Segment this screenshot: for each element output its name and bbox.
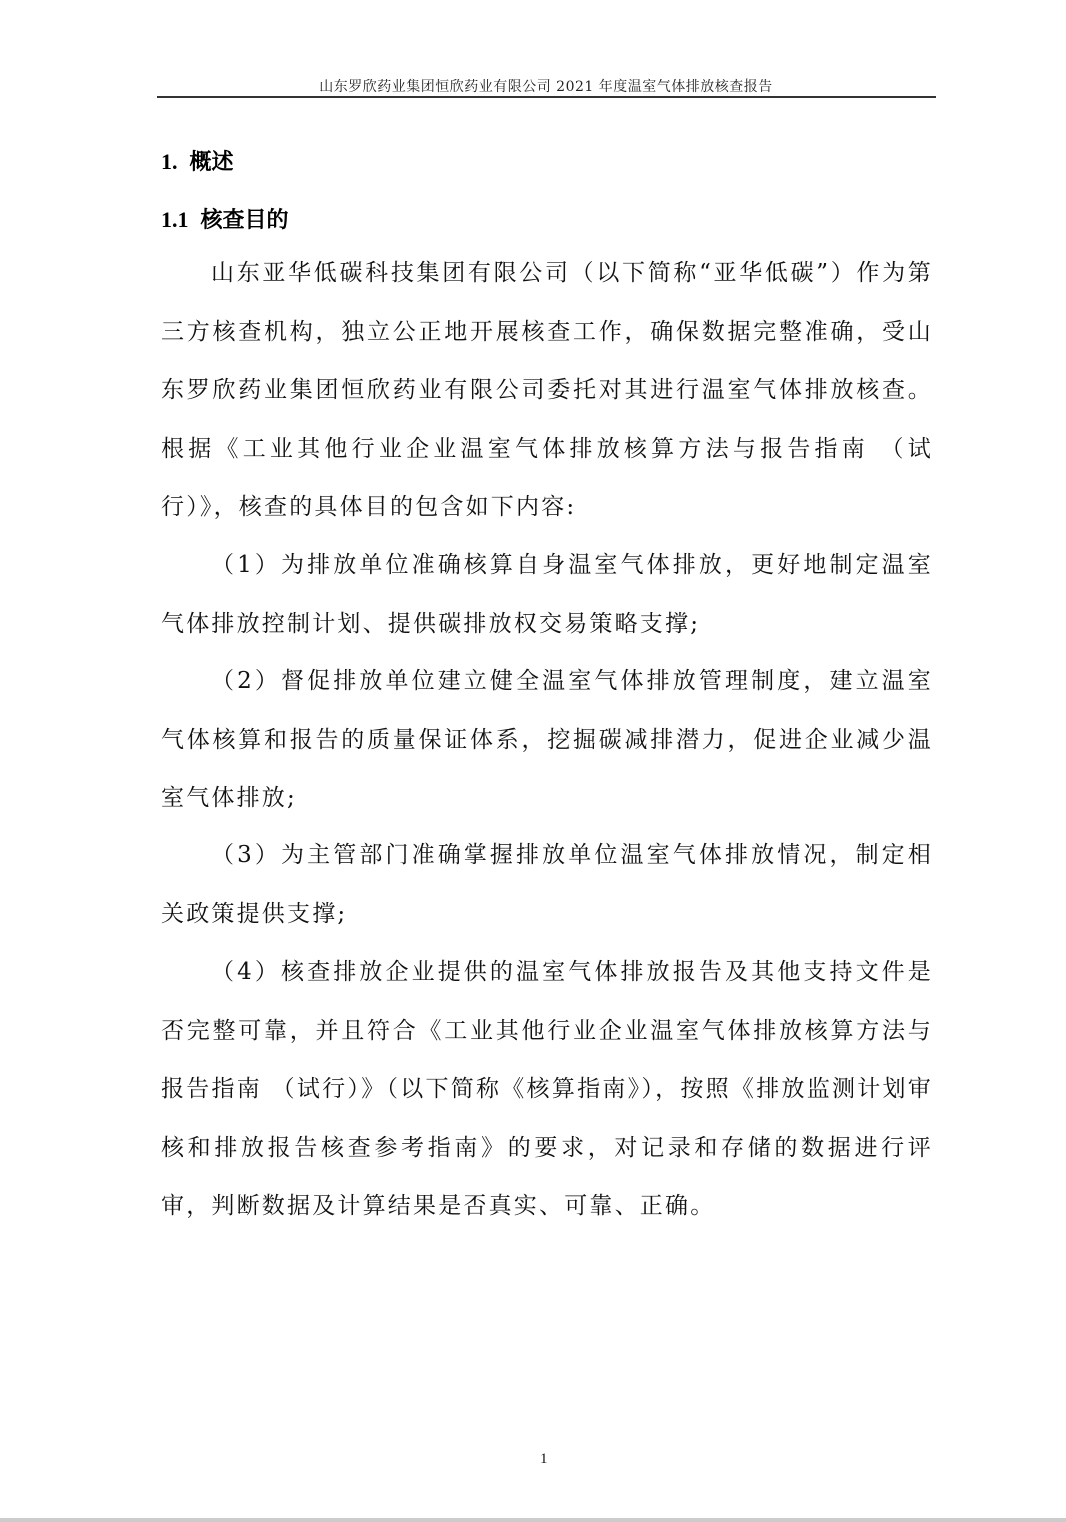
page-number: 1 — [540, 1451, 548, 1468]
purpose-item-4: （4）核查排放企业提供的温室气体排放报告及其他支持文件是否完整可靠，并且符合《工… — [161, 943, 933, 1236]
purpose-item-3: （3）为主管部门准确掌握排放单位温室气体排放情况，制定相关政策提供支撑; — [161, 826, 933, 943]
section-number: 1. — [161, 149, 178, 174]
page-separator — [0, 1518, 1066, 1522]
section-title: 概述 — [190, 149, 234, 175]
header-rule — [157, 96, 936, 98]
intro-paragraph: 山东亚华低碳科技集团有限公司（以下简称“亚华低碳”）作为第三方核查机构，独立公正… — [161, 244, 933, 537]
running-header: 山东罗欣药业集团恒欣药业有限公司 2021 年度温室气体排放核查报告 — [157, 76, 935, 96]
section-heading-1-1: 1.1核查目的 — [161, 203, 289, 234]
section-heading-1: 1.概述 — [161, 145, 234, 176]
subsection-title: 核查目的 — [201, 207, 289, 233]
subsection-number: 1.1 — [161, 207, 189, 232]
document-page: 山东罗欣药业集团恒欣药业有限公司 2021 年度温室气体排放核查报告 1.概述 … — [0, 0, 1066, 1518]
purpose-item-2: （2）督促排放单位建立健全温室气体排放管理制度，建立温室气体核算和报告的质量保证… — [161, 652, 933, 828]
purpose-item-1: （1）为排放单位准确核算自身温室气体排放，更好地制定温室气体排放控制计划、提供碳… — [161, 536, 933, 653]
